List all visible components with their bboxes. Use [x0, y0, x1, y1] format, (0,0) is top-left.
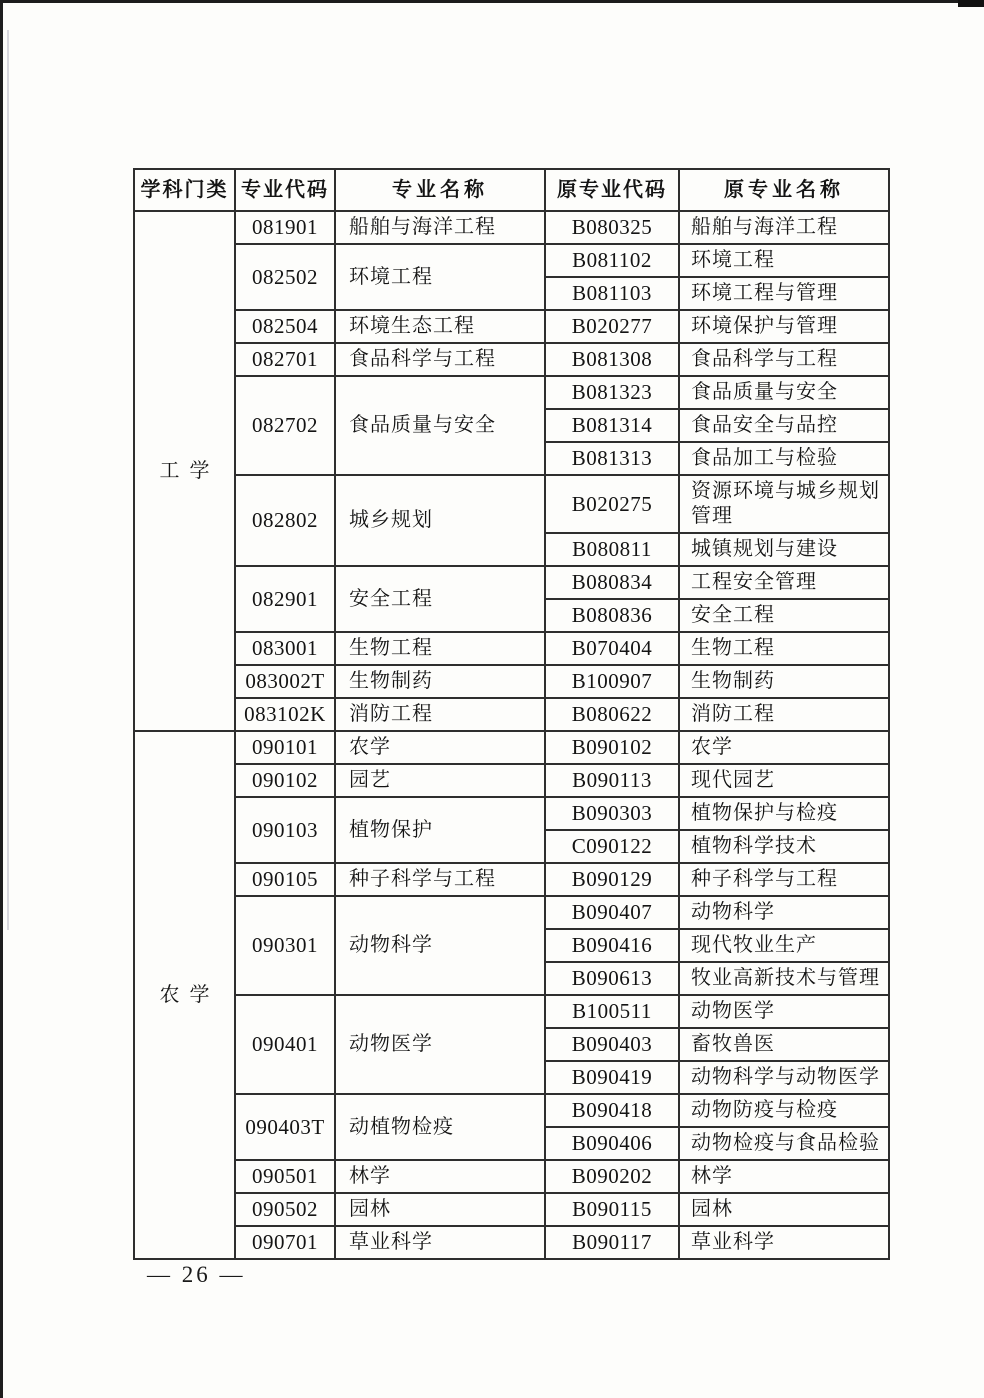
- original-code-cell: B090403: [545, 1028, 679, 1061]
- original-name-cell: 植物保护与检疫: [679, 797, 889, 830]
- table-header-cell: 学科门类: [134, 169, 235, 211]
- major-name-cell: 安全工程: [335, 566, 545, 632]
- table-row: 090501林学B090202林学: [134, 1160, 889, 1193]
- major-code-cell: 083102K: [235, 698, 335, 731]
- original-name-cell: 城镇规划与建设: [679, 533, 889, 566]
- original-code-cell: B070404: [545, 632, 679, 665]
- major-code-cell: 090403T: [235, 1094, 335, 1160]
- major-code-cell: 090102: [235, 764, 335, 797]
- original-code-cell: B090613: [545, 962, 679, 995]
- table-row: 082901安全工程B080834工程安全管理: [134, 566, 889, 599]
- original-code-cell: B081103: [545, 277, 679, 310]
- table-row: 083102K消防工程B080622消防工程: [134, 698, 889, 731]
- original-name-cell: 食品加工与检验: [679, 442, 889, 475]
- major-name-cell: 生物制药: [335, 665, 545, 698]
- scan-edge-top-right: [958, 0, 984, 7]
- table-row: 090701草业科学B090117草业科学: [134, 1226, 889, 1259]
- original-code-cell: B090418: [545, 1094, 679, 1127]
- original-name-cell: 农学: [679, 731, 889, 764]
- original-code-cell: B090202: [545, 1160, 679, 1193]
- table-header-row: 学科门类专业代码专业名称原专业代码原专业名称: [134, 169, 889, 211]
- original-code-cell: B080325: [545, 211, 679, 244]
- major-code-cell: 090701: [235, 1226, 335, 1259]
- original-code-cell: B090129: [545, 863, 679, 896]
- table-row: 083001生物工程B070404生物工程: [134, 632, 889, 665]
- category-label: 工学: [150, 459, 220, 484]
- table-row: 082701食品科学与工程B081308食品科学与工程: [134, 343, 889, 376]
- major-code-cell: 090502: [235, 1193, 335, 1226]
- major-name-cell: 种子科学与工程: [335, 863, 545, 896]
- major-code-cell: 082502: [235, 244, 335, 310]
- original-code-cell: B081314: [545, 409, 679, 442]
- major-name-cell: 食品质量与安全: [335, 376, 545, 475]
- original-name-cell: 消防工程: [679, 698, 889, 731]
- original-code-cell: B090419: [545, 1061, 679, 1094]
- major-name-cell: 城乡规划: [335, 475, 545, 566]
- original-code-cell: B080834: [545, 566, 679, 599]
- original-name-cell: 牧业高新技术与管理: [679, 962, 889, 995]
- major-code-cell: 090103: [235, 797, 335, 863]
- major-code-cell: 082901: [235, 566, 335, 632]
- table-row: 090301动物科学B090407动物科学: [134, 896, 889, 929]
- original-code-cell: B020277: [545, 310, 679, 343]
- table-header-cell: 专业代码: [235, 169, 335, 211]
- table-row: 083002T生物制药B100907生物制药: [134, 665, 889, 698]
- major-name-cell: 船舶与海洋工程: [335, 211, 545, 244]
- original-name-cell: 船舶与海洋工程: [679, 211, 889, 244]
- major-code-cell: 083001: [235, 632, 335, 665]
- table-row: 工学081901船舶与海洋工程B080325船舶与海洋工程: [134, 211, 889, 244]
- major-name-cell: 消防工程: [335, 698, 545, 731]
- major-code-cell: 090101: [235, 731, 335, 764]
- original-code-cell: B090115: [545, 1193, 679, 1226]
- original-code-cell: B020275: [545, 475, 679, 533]
- major-name-cell: 动物医学: [335, 995, 545, 1094]
- original-name-cell: 资源环境与城乡规划管理: [679, 475, 889, 533]
- original-name-cell: 环境工程: [679, 244, 889, 277]
- original-code-cell: B080811: [545, 533, 679, 566]
- table-row: 090105种子科学与工程B090129种子科学与工程: [134, 863, 889, 896]
- scan-edge-left: [0, 0, 3, 1398]
- original-name-cell: 草业科学: [679, 1226, 889, 1259]
- major-name-cell: 农学: [335, 731, 545, 764]
- table-row: 082702食品质量与安全B081323食品质量与安全: [134, 376, 889, 409]
- major-name-cell: 食品科学与工程: [335, 343, 545, 376]
- document-page: 学科门类专业代码专业名称原专业代码原专业名称工学081901船舶与海洋工程B08…: [0, 0, 984, 1398]
- major-code-table: 学科门类专业代码专业名称原专业代码原专业名称工学081901船舶与海洋工程B08…: [133, 168, 890, 1260]
- original-code-cell: B090407: [545, 896, 679, 929]
- original-name-cell: 食品质量与安全: [679, 376, 889, 409]
- original-name-cell: 现代牧业生产: [679, 929, 889, 962]
- original-code-cell: B080622: [545, 698, 679, 731]
- original-code-cell: B081102: [545, 244, 679, 277]
- table-header-cell: 原专业名称: [679, 169, 889, 211]
- category-cell: 工学: [134, 211, 235, 731]
- original-name-cell: 动物科学: [679, 896, 889, 929]
- table-row: 082802城乡规划B020275资源环境与城乡规划管理: [134, 475, 889, 533]
- original-name-cell: 工程安全管理: [679, 566, 889, 599]
- category-label: 农学: [150, 983, 220, 1008]
- category-cell: 农学: [134, 731, 235, 1259]
- original-code-cell: B090117: [545, 1226, 679, 1259]
- major-code-cell: 090105: [235, 863, 335, 896]
- major-name-cell: 园艺: [335, 764, 545, 797]
- original-name-cell: 园林: [679, 1193, 889, 1226]
- original-name-cell: 安全工程: [679, 599, 889, 632]
- original-name-cell: 食品安全与品控: [679, 409, 889, 442]
- original-code-cell: B090303: [545, 797, 679, 830]
- table-header-cell: 专业名称: [335, 169, 545, 211]
- major-code-cell: 090401: [235, 995, 335, 1094]
- original-code-cell: B081323: [545, 376, 679, 409]
- original-code-cell: B090113: [545, 764, 679, 797]
- scan-edge-left-faint: [7, 30, 9, 930]
- major-code-cell: 083002T: [235, 665, 335, 698]
- table-row: 090102园艺B090113现代园艺: [134, 764, 889, 797]
- major-name-cell: 园林: [335, 1193, 545, 1226]
- original-name-cell: 食品科学与工程: [679, 343, 889, 376]
- original-name-cell: 畜牧兽医: [679, 1028, 889, 1061]
- major-code-cell: 082802: [235, 475, 335, 566]
- original-name-cell: 环境工程与管理: [679, 277, 889, 310]
- original-name-cell: 种子科学与工程: [679, 863, 889, 896]
- original-name-cell: 动物科学与动物医学: [679, 1061, 889, 1094]
- original-name-cell: 生物工程: [679, 632, 889, 665]
- major-name-cell: 动物科学: [335, 896, 545, 995]
- original-code-cell: B090102: [545, 731, 679, 764]
- table-row: 090103植物保护B090303植物保护与检疫: [134, 797, 889, 830]
- table-header-cell: 原专业代码: [545, 169, 679, 211]
- original-name-cell: 环境保护与管理: [679, 310, 889, 343]
- original-code-cell: B080836: [545, 599, 679, 632]
- major-name-cell: 林学: [335, 1160, 545, 1193]
- original-code-cell: B100907: [545, 665, 679, 698]
- major-name-cell: 环境工程: [335, 244, 545, 310]
- original-name-cell: 林学: [679, 1160, 889, 1193]
- table-row: 090502园林B090115园林: [134, 1193, 889, 1226]
- page-number: — 26 —: [147, 1262, 246, 1288]
- major-code-cell: 090301: [235, 896, 335, 995]
- original-code-cell: B100511: [545, 995, 679, 1028]
- major-name-cell: 植物保护: [335, 797, 545, 863]
- table-row: 090403T动植物检疫B090418动物防疫与检疫: [134, 1094, 889, 1127]
- major-code-cell: 090501: [235, 1160, 335, 1193]
- major-name-cell: 环境生态工程: [335, 310, 545, 343]
- table-row: 082502环境工程B081102环境工程: [134, 244, 889, 277]
- table-row: 农学090101农学B090102农学: [134, 731, 889, 764]
- original-code-cell: C090122: [545, 830, 679, 863]
- original-name-cell: 动物医学: [679, 995, 889, 1028]
- original-name-cell: 生物制药: [679, 665, 889, 698]
- original-code-cell: B081308: [545, 343, 679, 376]
- original-name-cell: 植物科学技术: [679, 830, 889, 863]
- major-code-cell: 081901: [235, 211, 335, 244]
- table-row: 082504环境生态工程B020277环境保护与管理: [134, 310, 889, 343]
- major-code-cell: 082504: [235, 310, 335, 343]
- scan-edge-top: [0, 0, 984, 3]
- original-name-cell: 动物检疫与食品检验: [679, 1127, 889, 1160]
- major-name-cell: 生物工程: [335, 632, 545, 665]
- major-code-cell: 082702: [235, 376, 335, 475]
- original-code-cell: B090416: [545, 929, 679, 962]
- original-code-cell: B090406: [545, 1127, 679, 1160]
- table-row: 090401动物医学B100511动物医学: [134, 995, 889, 1028]
- original-code-cell: B081313: [545, 442, 679, 475]
- major-name-cell: 草业科学: [335, 1226, 545, 1259]
- original-name-cell: 动物防疫与检疫: [679, 1094, 889, 1127]
- original-name-cell: 现代园艺: [679, 764, 889, 797]
- major-name-cell: 动植物检疫: [335, 1094, 545, 1160]
- major-code-cell: 082701: [235, 343, 335, 376]
